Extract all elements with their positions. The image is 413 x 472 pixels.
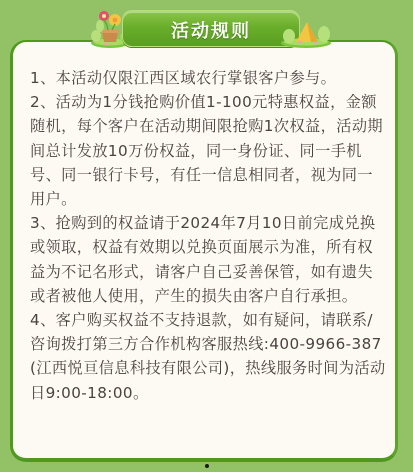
rule-item: 4、客户购买权益不支持退款，如有疑问，请联系/咨询拨打第三方合作机构客服热线:4…	[30, 308, 386, 405]
rule-item: 2、活动为1分钱抢购价值1-100元特惠权益，金额随机，每个客户在活动期间限抢购…	[30, 90, 386, 211]
rules-list: 1、本活动仅限江西区域农行掌银客户参与。 2、活动为1分钱抢购价值1-100元特…	[30, 66, 386, 405]
page-indicator-dot	[205, 464, 209, 468]
rule-item: 1、本活动仅限江西区域农行掌银客户参与。	[30, 66, 386, 90]
title-banner-bar: 活动规则	[122, 10, 300, 47]
rule-item: 3、抢购到的权益请于2024年7月10日前完成兑换或领取，权益有效期以兑换页面展…	[30, 211, 386, 308]
grass-hill-icon	[280, 18, 332, 48]
title-banner: 活动规则	[84, 0, 334, 50]
page-title: 活动规则	[123, 17, 299, 43]
